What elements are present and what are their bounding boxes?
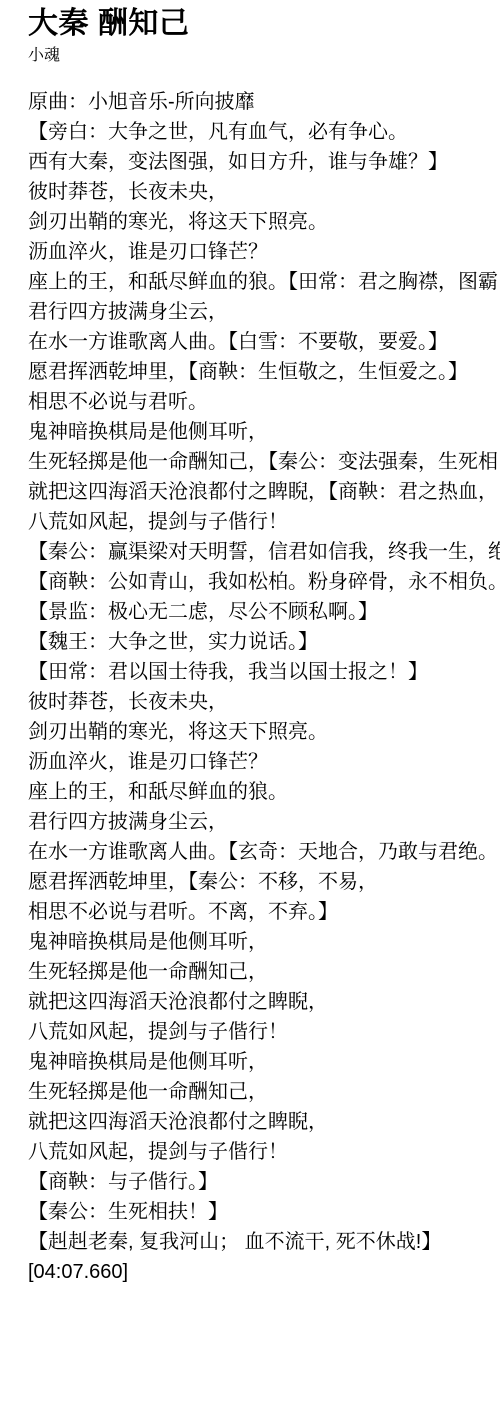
lyric-line: 【商鞅：公如青山，我如松柏。粉身碎骨，永不相负。 (28, 567, 500, 597)
lyric-line: 座上的王，和舐尽鲜血的狼。 (28, 777, 500, 807)
lyric-line: 剑刃出鞘的寒光，将这天下照亮。 (28, 717, 500, 747)
lyric-line: 在水一方谁歌离人曲。【玄奇：天地合，乃敢与君绝。 (28, 837, 500, 867)
lyric-line: 剑刃出鞘的寒光，将这天下照亮。 (28, 207, 500, 237)
lyric-line: 相思不必说与君听。不离，不弃。】 (28, 897, 500, 927)
lyric-line: 彼时莽苍，长夜未央， (28, 177, 500, 207)
lyric-line: 生死轻掷是他一命酬知己， (28, 1077, 500, 1107)
lyric-line: 愿君挥洒乾坤里，【秦公：不移，不易， (28, 867, 500, 897)
lyrics-list: 原曲：小旭音乐-所向披靡 【旁白：大争之世，凡有血气，必有争心。 西有大秦，变法… (28, 87, 500, 1257)
lyric-line: 沥血淬火，谁是刃口锋芒？ (28, 237, 500, 267)
lyrics-page: 大秦 酬知己 小魂 原曲：小旭音乐-所向披靡 【旁白：大争之世，凡有血气，必有争… (0, 0, 500, 1420)
lyric-line: 【商鞅：与子偕行。】 (28, 1167, 500, 1197)
lyric-line: 【田常：君以国士待我，我当以国士报之！】 (28, 657, 500, 687)
lyric-line: 就把这四海滔天沧浪都付之睥睨，【商鞅：君之热血， (28, 477, 500, 507)
lyric-line: 鬼神暗换棋局是他侧耳听， (28, 417, 500, 447)
lyric-line: 在水一方谁歌离人曲。【白雪：不要敬，要爱。】 (28, 327, 500, 357)
lyric-line: 相思不必说与君听。 (28, 387, 500, 417)
lyric-line: 八荒如风起，提剑与子偕行！ (28, 507, 500, 537)
lyric-line: 生死轻掷是他一命酬知己， (28, 957, 500, 987)
lyric-line: 【秦公：赢渠梁对天明誓，信君如信我，终我一生，绝 (28, 537, 500, 567)
lyric-line: 八荒如风起，提剑与子偕行！ (28, 1017, 500, 1047)
lyric-line: 原曲：小旭音乐-所向披靡 (28, 87, 500, 117)
lyric-line: 座上的王，和舐尽鲜血的狼。【田常：君之胸襟，图霸 (28, 267, 500, 297)
lyric-line: 【赳赳老秦, 复我河山； 血不流干, 死不休战!】 (28, 1227, 500, 1257)
lyric-line: 就把这四海滔天沧浪都付之睥睨， (28, 1107, 500, 1137)
page-title: 大秦 酬知己 (28, 8, 500, 40)
lyric-line: 愿君挥洒乾坤里，【商鞅：生恒敬之，生恒爱之。】 (28, 357, 500, 387)
lyric-line: 生死轻掷是他一命酬知己，【秦公：变法强秦，生死相 (28, 447, 500, 477)
lyric-line: 就把这四海滔天沧浪都付之睥睨， (28, 987, 500, 1017)
lyric-line: 【旁白：大争之世，凡有血气，必有争心。 (28, 117, 500, 147)
lyric-line: 君行四方披满身尘云， (28, 807, 500, 837)
lyric-line: 鬼神暗换棋局是他侧耳听， (28, 1047, 500, 1077)
timestamp: [04:07.660] (28, 1257, 500, 1287)
lyric-line: 君行四方披满身尘云， (28, 297, 500, 327)
lyric-line: 鬼神暗换棋局是他侧耳听， (28, 927, 500, 957)
lyric-line: 【魏王：大争之世，实力说话。】 (28, 627, 500, 657)
artist-name: 小魂 (28, 47, 500, 65)
lyric-line: 沥血淬火，谁是刃口锋芒？ (28, 747, 500, 777)
lyric-line: 八荒如风起，提剑与子偕行！ (28, 1137, 500, 1167)
lyric-line: 【景监：极心无二虑，尽公不顾私啊。】 (28, 597, 500, 627)
lyric-line: 彼时莽苍，长夜未央， (28, 687, 500, 717)
lyric-line: 【秦公：生死相扶！】 (28, 1197, 500, 1227)
lyric-line: 西有大秦，变法图强，如日方升，谁与争雄？】 (28, 147, 500, 177)
